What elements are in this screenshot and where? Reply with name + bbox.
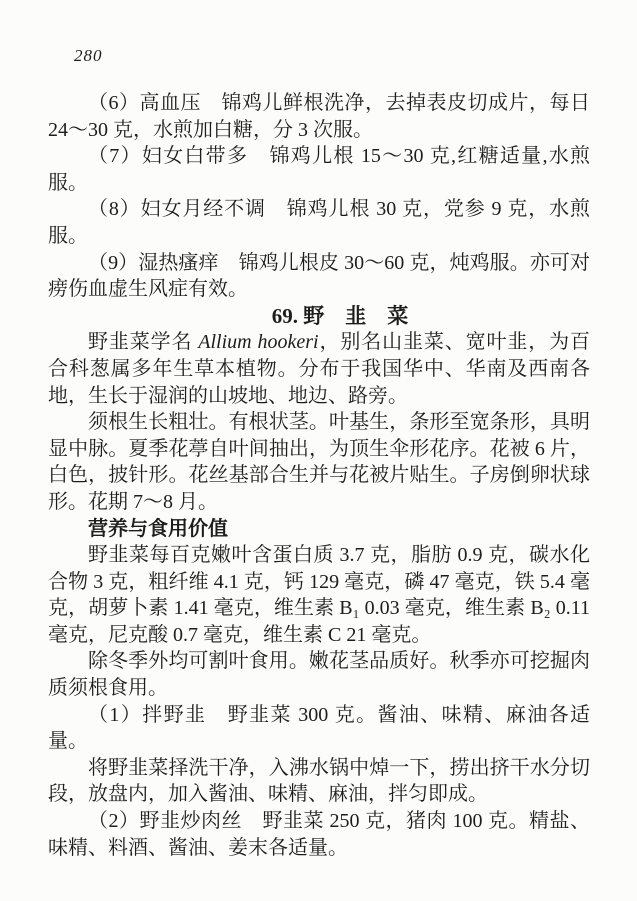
intro-paragraph: 野韭菜学名 Allium hookeri，别名山韭菜、宽叶韭，为百合科葱属多年生…: [48, 329, 590, 409]
recipe-2-ingredients: （2）野韭炒肉丝 野韭菜 250 克，猪肉 100 克。精盐、味精、料酒、酱油、…: [48, 808, 590, 861]
remedy-item-9: （9）湿热瘙痒 锦鸡儿根皮 30～60 克，炖鸡服。亦可对痨伤血虚生风症有效。: [48, 250, 590, 303]
section-title: 69. 野 韭 菜: [48, 303, 590, 330]
morphology-paragraph: 须根生长粗壮。有根状茎。叶基生，条形至宽条形，具明显中脉。夏季花葶自叶间抽出，为…: [48, 409, 590, 515]
page-number: 280: [74, 46, 590, 66]
remedy-item-7: （7）妇女白带多 锦鸡儿根 15～30 克,红糖适量,水煎服。: [48, 143, 590, 196]
book-page: 280 （6）高血压 锦鸡儿鲜根洗净，去掉表皮切成片，每日 24～30 克，水煎…: [0, 0, 637, 901]
nutrition-subheading: 营养与食用价值: [48, 516, 590, 543]
remedy-item-6: （6）高血压 锦鸡儿鲜根洗净，去掉表皮切成片，每日 24～30 克，水煎加白糖，…: [48, 90, 590, 143]
nutrition-paragraph: 野韭菜每百克嫩叶含蛋白质 3.7 克，脂肪 0.9 克，碳水化合物 3 克，粗纤…: [48, 542, 590, 648]
recipe-1-method: 将野韭菜择洗干净，入沸水锅中焯一下，捞出挤干水分切段，放盘内，加入酱油、味精、麻…: [48, 755, 590, 808]
page-body: （6）高血压 锦鸡儿鲜根洗净，去掉表皮切成片，每日 24～30 克，水煎加白糖，…: [48, 90, 590, 861]
latin-species-name: Allium hookeri: [198, 331, 318, 353]
recipe-1-ingredients: （1）拌野韭 野韭菜 300 克。酱油、味精、麻油各适量。: [48, 702, 590, 755]
remedy-item-8: （8）妇女月经不调 锦鸡儿根 30 克，党参 9 克，水煎服。: [48, 196, 590, 249]
intro-text-pre: 野韭菜学名: [88, 331, 198, 353]
harvest-note-paragraph: 除冬季外均可割叶食用。嫩花茎品质好。秋季亦可挖掘肉质须根食用。: [48, 648, 590, 701]
